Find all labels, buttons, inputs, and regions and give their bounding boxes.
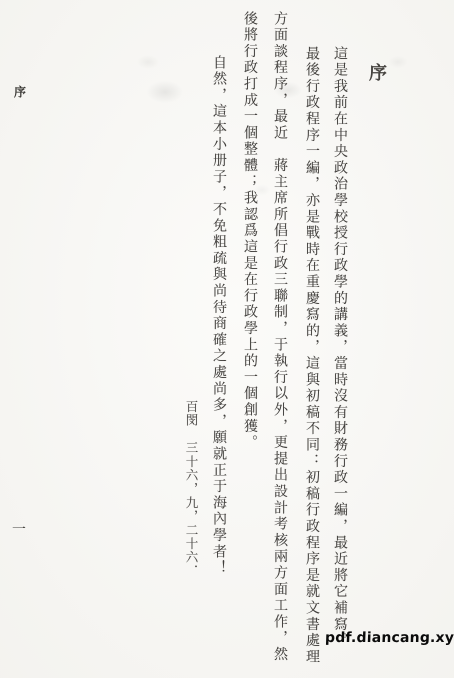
preface-column-4: 後將行政打成一個整體；我認爲這是在行政學上的一個創獲。 [241, 11, 257, 451]
page-number: 一 [12, 519, 26, 539]
preface-column-1: 這是我前在中央政治學校授行政學的講義，當時沒有財務行政一編，最近將它補寫。 [331, 46, 347, 649]
watermark-url: pdf.diancang.xyz [325, 630, 454, 646]
margin-edge-title: 序 [14, 83, 26, 100]
preface-column-2: 最後行政程序一編，亦是戰時在重慶寫的，這與初稿不同：初稿行政程序是就文書處理 [303, 46, 319, 665]
preface-column-3: 方面談程序，最近 蔣主席所倡行政三聯制，于執行以外，更提出設計考核兩方面工作，然 [271, 11, 287, 663]
scanned-book-page: 序 這是我前在中央政治學校授行政學的講義，當時沒有財務行政一編，最近將它補寫。 … [0, 0, 454, 678]
preface-title: 序 [369, 59, 387, 85]
preface-column-5: 自然，這本小册子，不免粗疏與尚待商確之處尚多，願就正于海內學者！ [210, 55, 226, 577]
signature-date-column: 百閔 三十六，九，二十六． [184, 400, 198, 578]
